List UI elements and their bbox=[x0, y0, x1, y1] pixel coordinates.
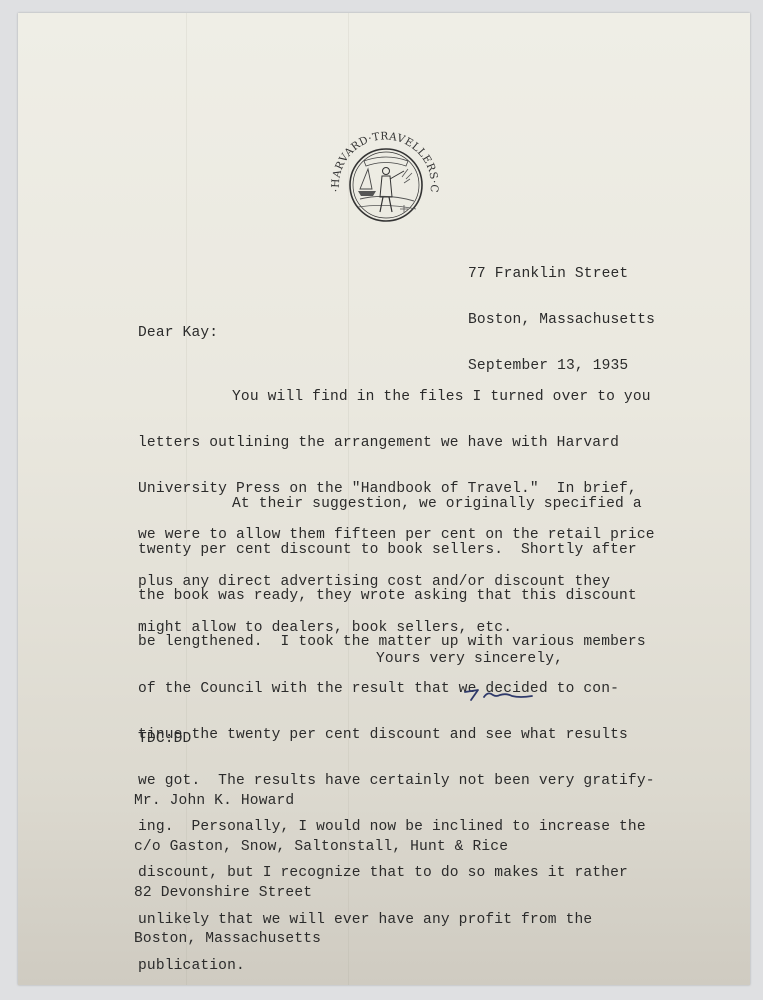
salutation: Dear Kay: bbox=[138, 326, 218, 341]
paragraph-line: of the Council with the result that we d… bbox=[138, 682, 655, 697]
club-seal-icon: ·HARVARD·TRAVELLERS·CLUB· bbox=[320, 117, 450, 237]
handwritten-signature: Tom bbox=[462, 684, 537, 706]
paragraph-line: tinue the twenty per cent discount and s… bbox=[138, 728, 655, 743]
paragraph-line: You will find in the files I turned over… bbox=[138, 390, 655, 405]
recipient-city: Boston, Massachusetts bbox=[134, 932, 508, 947]
reference-initials: TDC:DD bbox=[138, 732, 191, 747]
paragraph-line: the book was ready, they wrote asking th… bbox=[138, 589, 655, 604]
address-street: 77 Franklin Street bbox=[468, 267, 655, 282]
closing: Yours very sincerely, bbox=[376, 652, 563, 667]
recipient-street: 82 Devonshire Street bbox=[134, 886, 508, 901]
paragraph-line: letters outlining the arrangement we hav… bbox=[138, 436, 655, 451]
recipient-name: Mr. John K. Howard bbox=[134, 794, 508, 809]
paragraph-line: be lengthened. I took the matter up with… bbox=[138, 635, 655, 650]
address-city: Boston, Massachusetts bbox=[468, 313, 655, 328]
paragraph-line: At their suggestion, we originally speci… bbox=[138, 497, 655, 512]
paragraph-line: twenty per cent discount to book sellers… bbox=[138, 543, 655, 558]
recipient-firm: c/o Gaston, Snow, Saltonstall, Hunt & Ri… bbox=[134, 840, 508, 855]
recipient-address: Mr. John K. Howard c/o Gaston, Snow, Sal… bbox=[134, 763, 508, 963]
